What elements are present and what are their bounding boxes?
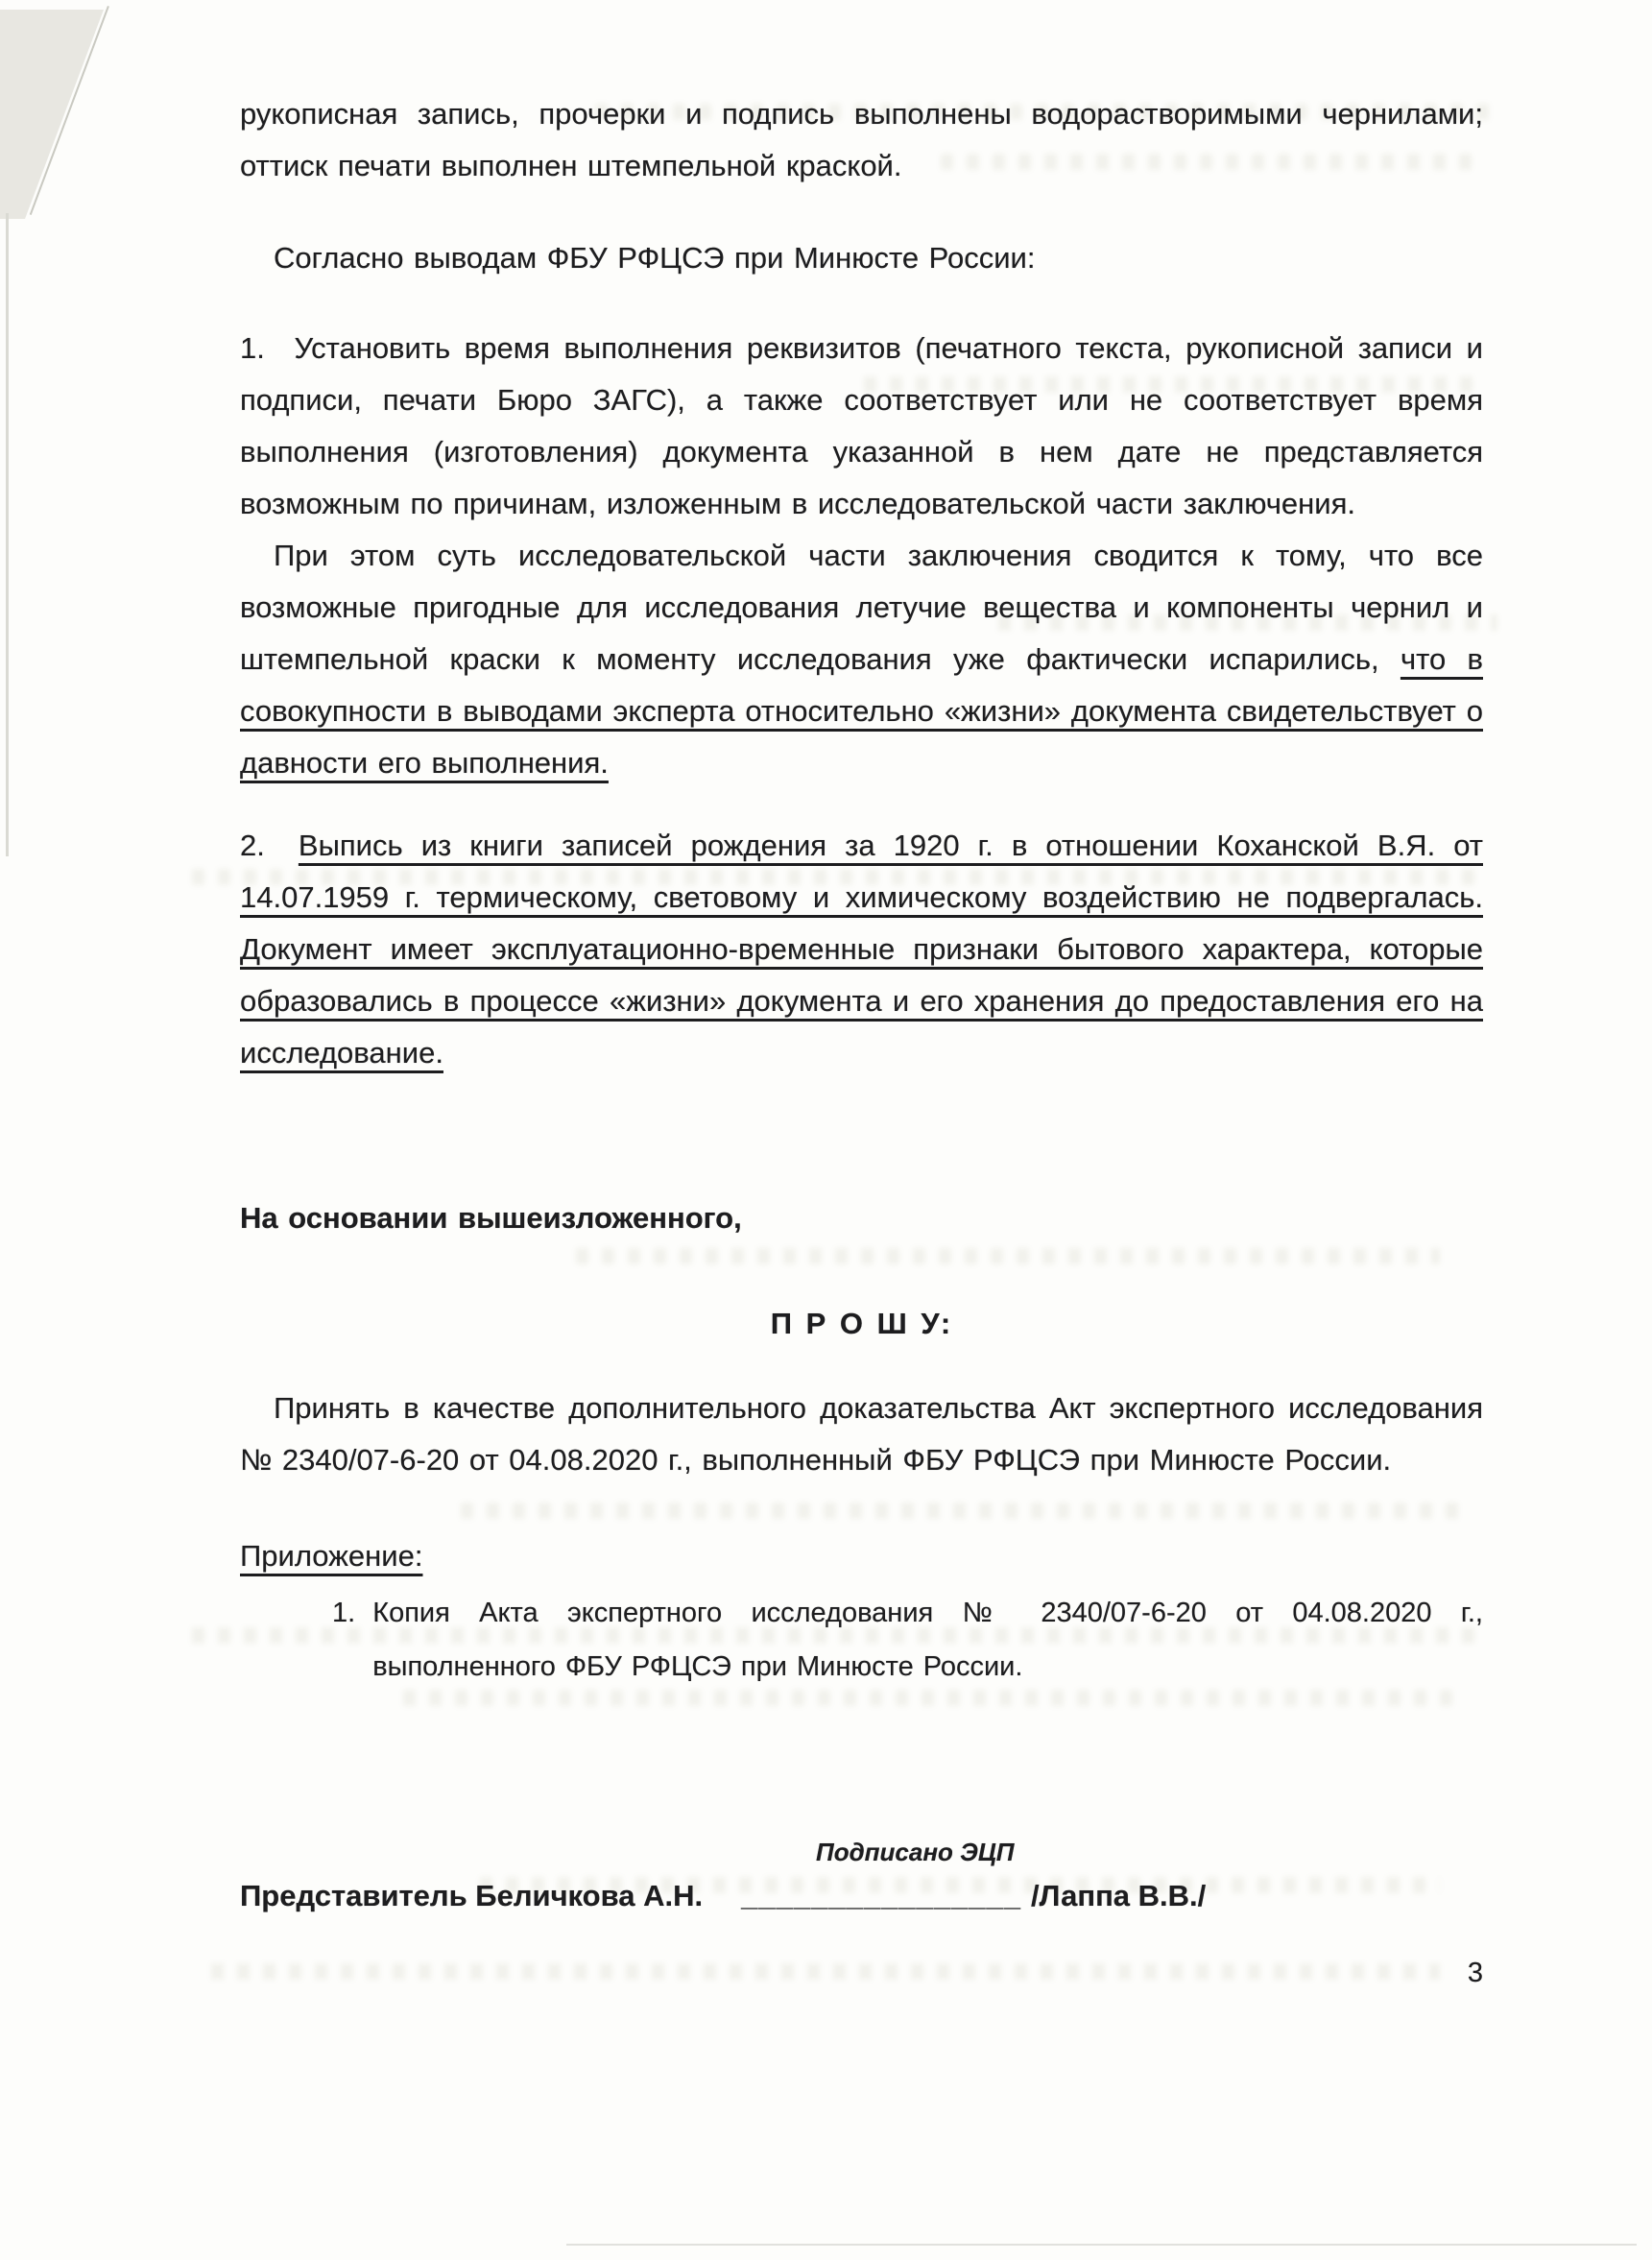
attachment-item-number: 1. [332, 1586, 355, 1640]
request-paragraph: Принять в качестве дополнительного доказ… [240, 1382, 1483, 1486]
request-heading-text: П Р О Ш У: [771, 1307, 953, 1340]
page-number: 3 [240, 1957, 1483, 1989]
signature-role: Представитель Беличкова А.Н. [240, 1870, 703, 1922]
signature-row: Представитель Беличкова А.Н. ___________… [240, 1870, 1483, 1922]
attachment-heading-text: Приложение: [240, 1539, 422, 1573]
expert-comment-plain: При этом суть исследовательской части за… [240, 539, 1483, 676]
expert-comment-paragraph: При этом суть исследовательской части за… [240, 530, 1483, 789]
request-heading: П Р О Ш У: [240, 1298, 1483, 1350]
signature-esign-note-text: Подписано ЭЦП [816, 1838, 1015, 1866]
conclusion-clause-1: 1. Установить время выполнения реквизито… [240, 323, 1483, 530]
conclusion-basis-text: На основании вышеизложенного, [240, 1201, 742, 1235]
clause-1-text: Установить время выполнения реквизитов (… [240, 331, 1483, 520]
scanned-document-page: рукописная запись, прочерки и подпись вы… [0, 0, 1652, 2260]
signature-esign-note: Подписано ЭЦП [816, 1838, 1483, 1866]
request-paragraph-text: Принять в качестве дополнительного доказ… [240, 1391, 1483, 1477]
clause-1-number: 1. [240, 331, 265, 365]
attachment-item-text: Копия Акта экспертного исследования № 23… [372, 1586, 1483, 1694]
clause-2-text-underlined: Выпись из книги записей рождения за 1920… [240, 829, 1483, 1070]
scan-edge-line-bottom [566, 2244, 1637, 2246]
paragraph-according: Согласно выводам ФБУ РФЦСЭ при Минюсте Р… [240, 232, 1483, 284]
attachment-heading: Приложение: [240, 1530, 1483, 1582]
paragraph-intro-text: рукописная запись, прочерки и подпись вы… [240, 97, 1483, 182]
paragraph-according-text: Согласно выводам ФБУ РФЦСЭ при Минюсте Р… [274, 241, 1035, 275]
conclusion-basis-line: На основании вышеизложенного, [240, 1192, 1483, 1244]
paragraph-intro: рукописная запись, прочерки и подпись вы… [240, 88, 1483, 192]
attachment-item: 1. Копия Акта экспертного исследования №… [332, 1586, 1483, 1694]
signature-name: /Лаппа В.В./ [1031, 1870, 1206, 1922]
conclusion-clause-2: 2. Выпись из книги записей рождения за 1… [240, 820, 1483, 1079]
clause-2-number: 2. [240, 829, 265, 862]
signature-line: ________________ [741, 1870, 1021, 1922]
document-body: рукописная запись, прочерки и подпись вы… [0, 0, 1652, 1989]
